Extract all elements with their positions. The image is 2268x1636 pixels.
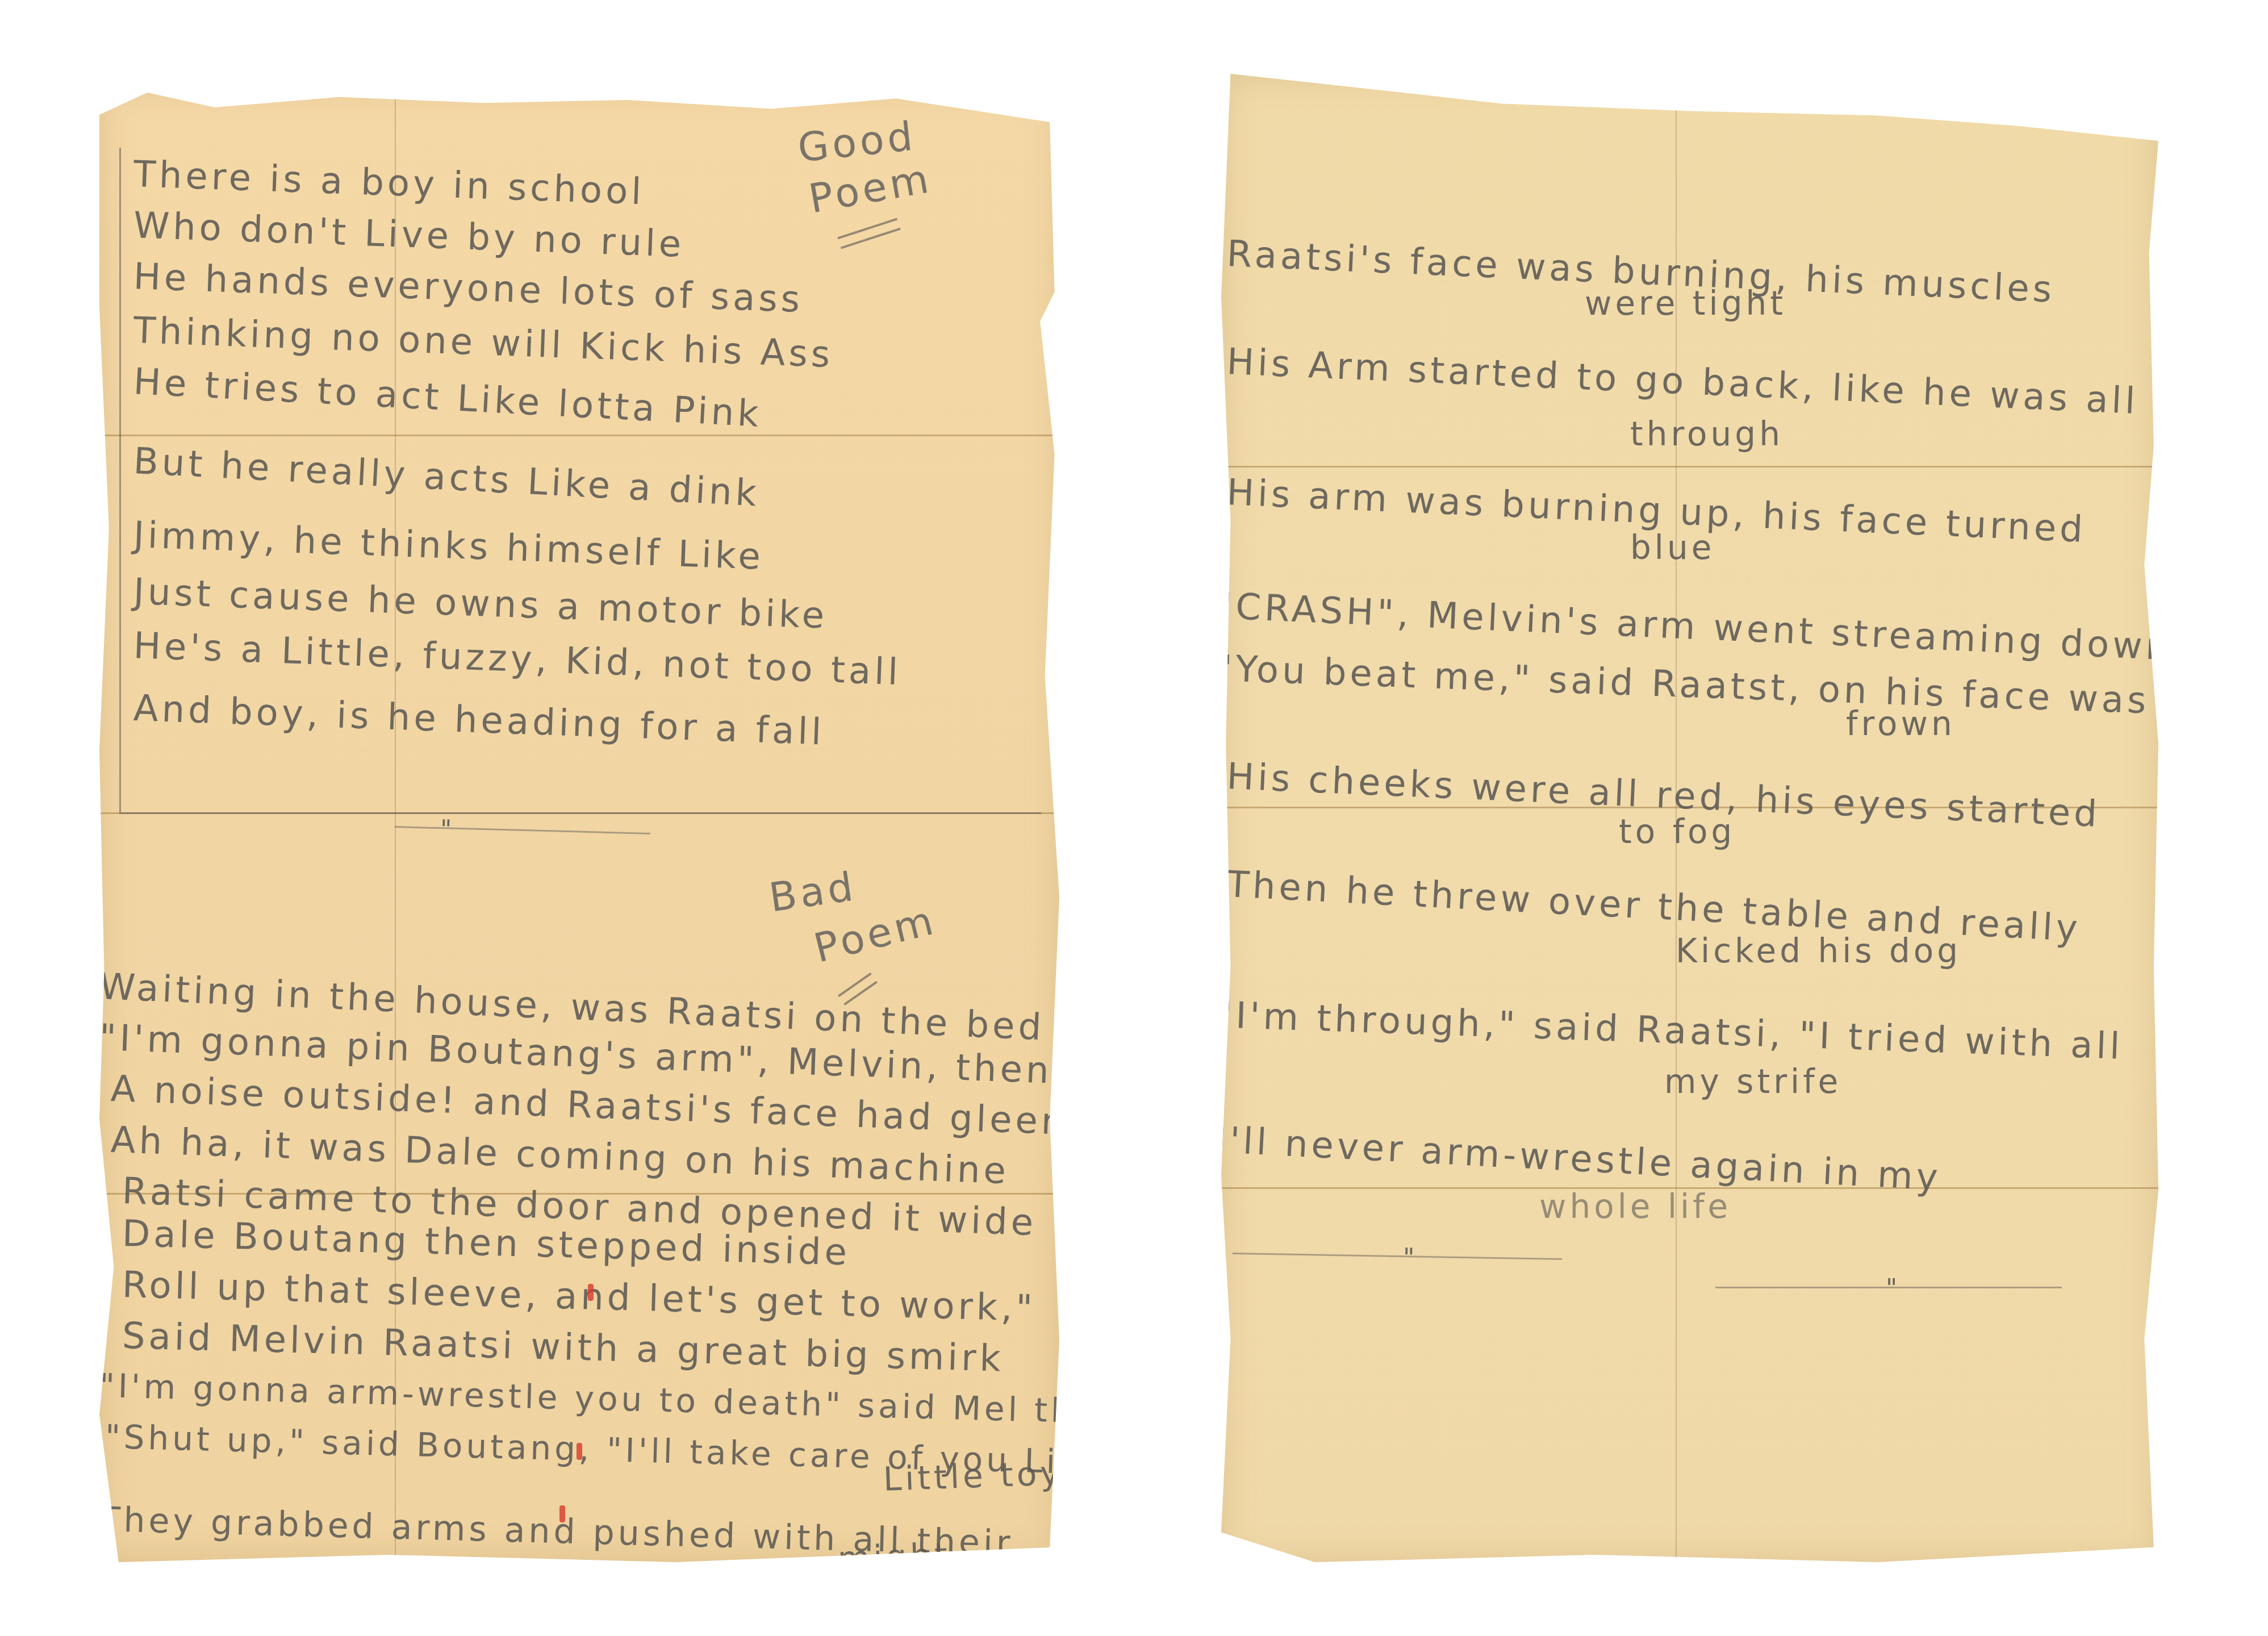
poem-line-continuation: blue (1630, 528, 1715, 567)
section-divider: " (395, 826, 650, 834)
section-divider: " (1715, 1287, 2062, 1288)
poem-line-continuation: whole life (1539, 1187, 1731, 1226)
section-divider: " (1233, 1253, 1562, 1260)
poem-line: "I'm through," said Raatsi, "I tried wit… (1215, 994, 2124, 1068)
red-pencil-mark (588, 1284, 594, 1301)
right-page: Raatsi's face was burning, his muscles w… (1221, 74, 2158, 1562)
red-pencil-mark (577, 1443, 582, 1460)
red-pencil-mark (559, 1505, 565, 1522)
poem-line-continuation: Little toy (883, 1454, 1064, 1499)
bad-poem-label: Bad (766, 863, 859, 921)
poem-line-continuation: my strife (1664, 1062, 1841, 1101)
poem-line-continuation: Kicked his dog (1676, 932, 1961, 970)
poem-line-continuation: might (837, 1535, 951, 1578)
poem-line-continuation: through (1630, 415, 1784, 453)
poem-line-continuation: were tight (1585, 284, 1786, 323)
poem-line-continuation: to fog (1619, 812, 1735, 851)
left-page: Good Poem There is a boy in school Who d… (99, 85, 1059, 1562)
poem-line: His Arm started to go back, like he was … (1226, 341, 2139, 423)
poem-line-continuation: frown (1846, 704, 1956, 743)
horizontal-fold (1221, 466, 2158, 468)
